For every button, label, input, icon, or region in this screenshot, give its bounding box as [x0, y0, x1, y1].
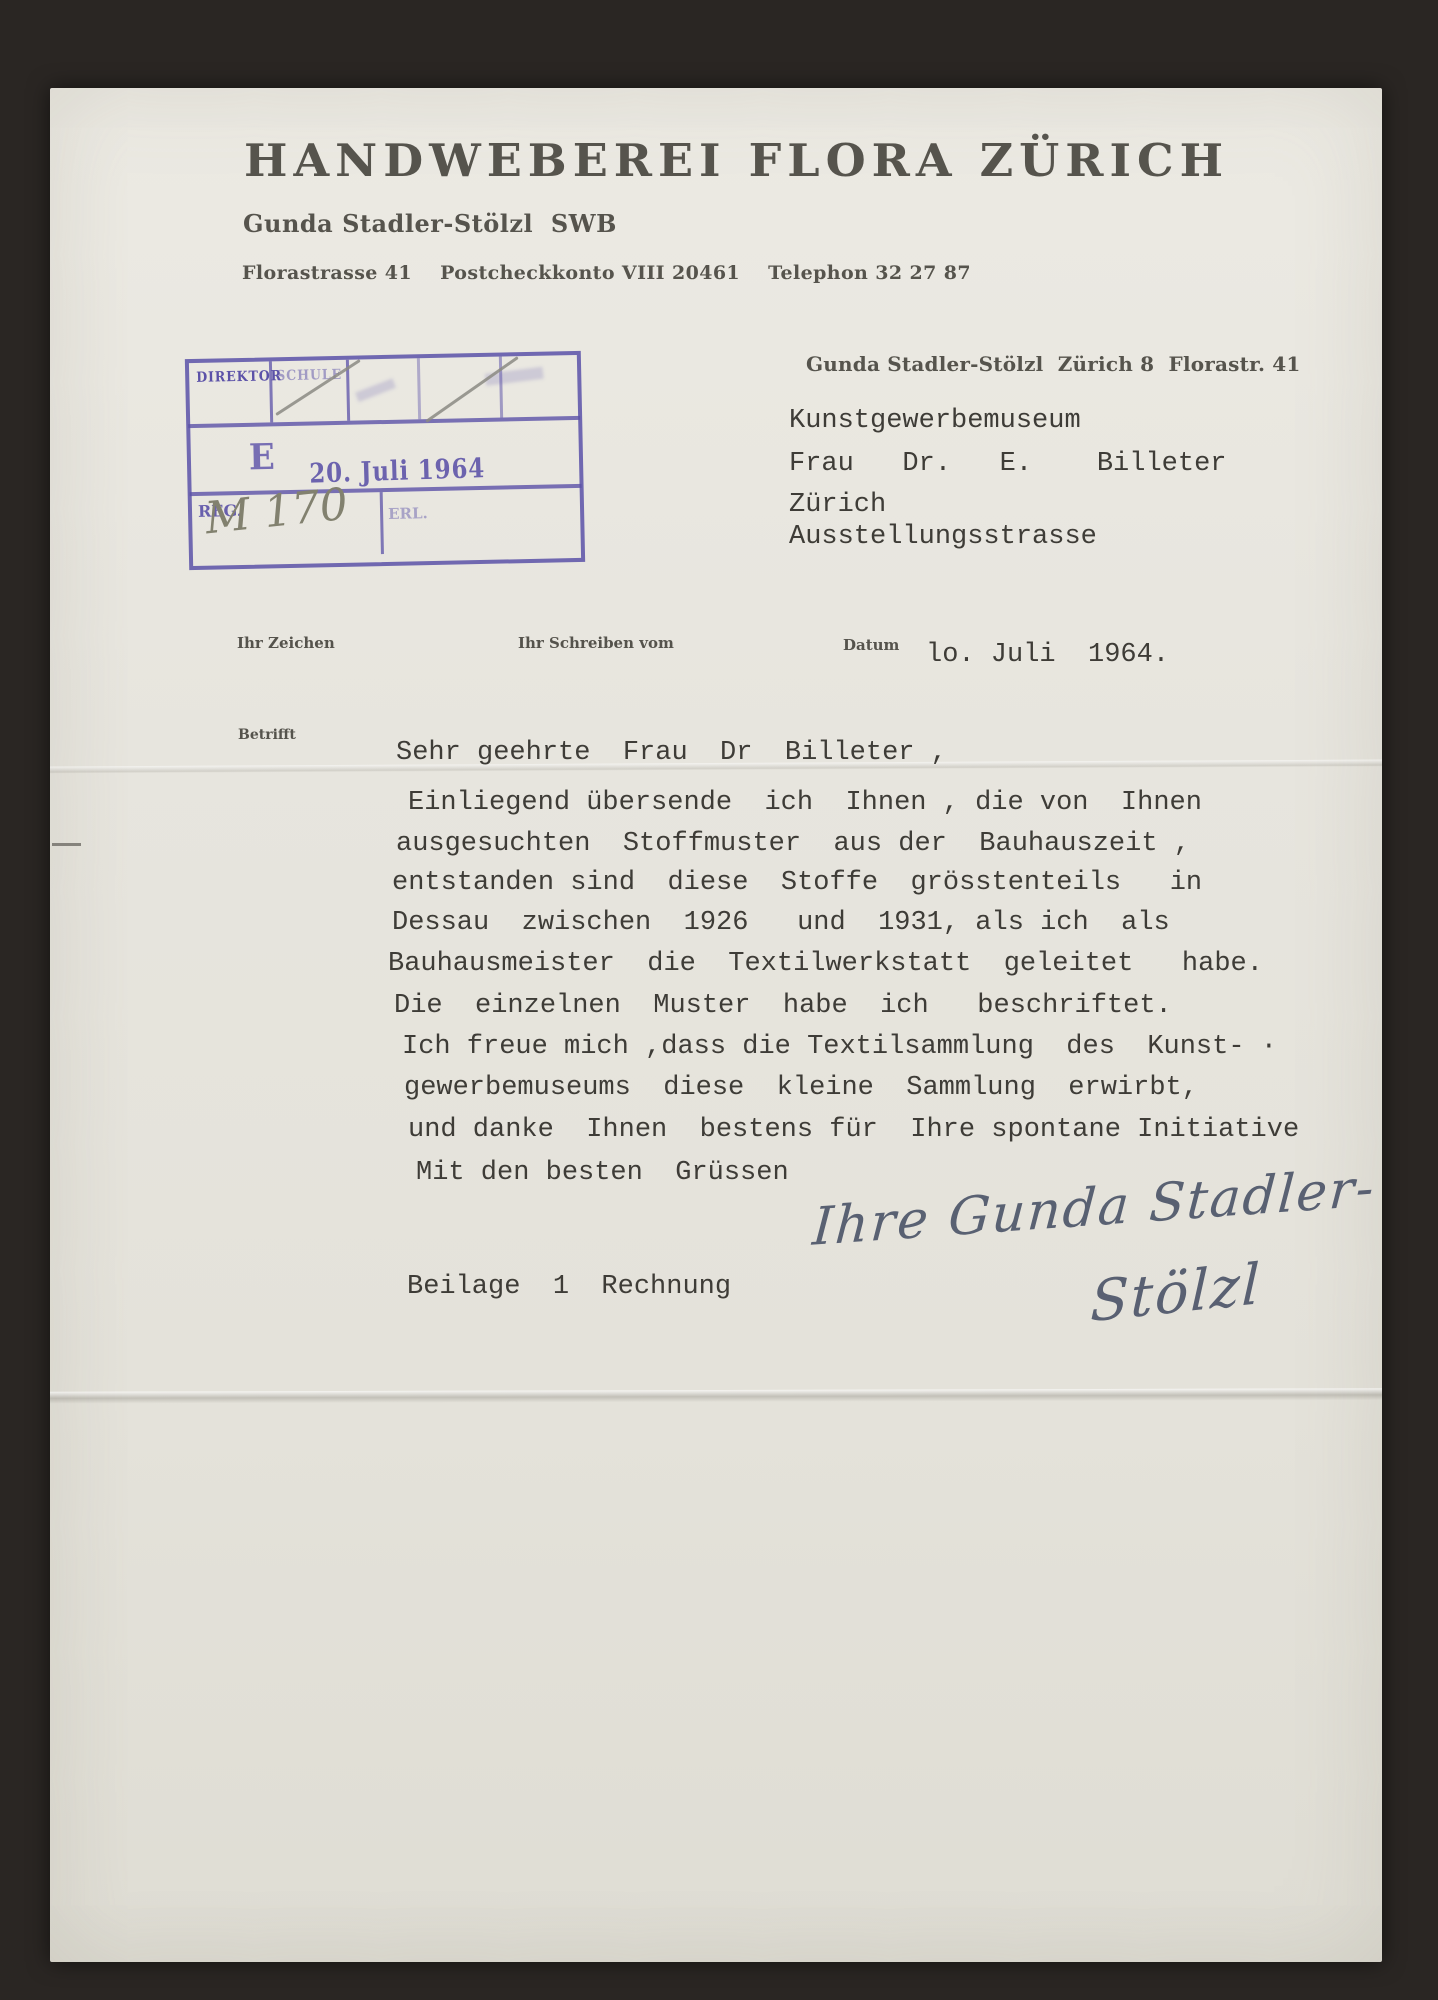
- recipient-line: Ausstellungsstrasse: [789, 522, 1097, 553]
- letter-date: lo. Juli 1964.: [926, 640, 1169, 671]
- enclosure-note: Beilage 1 Rechnung: [407, 1272, 731, 1303]
- stamp-faded-text-smudge: [355, 378, 396, 402]
- label-ihr-schreiben-vom: Ihr Schreiben vom: [518, 634, 674, 652]
- recipient-line: Frau Dr. E. Billeter: [789, 449, 1226, 480]
- stamp-cell-direktor: DIREKTOR: [196, 368, 282, 386]
- stamp-faded-text-smudge: [485, 367, 544, 386]
- body-line: Einliegend übersende ich Ihnen , die von…: [408, 788, 1202, 819]
- body-line: und danke Ihnen bestens für Ihre spontan…: [408, 1115, 1299, 1146]
- stamp-col-divider-5: [380, 492, 384, 554]
- recipient-line: Kunstgewerbemuseum: [789, 406, 1081, 437]
- body-line: Dessau zwischen 1926 und 1931, als ich a…: [392, 908, 1170, 939]
- fold-mark: [52, 843, 81, 846]
- sender-address-line: Gunda Stadler-Stölzl Zürich 8 Florastr. …: [806, 354, 1301, 374]
- body-line: Ich freue mich ,dass die Textilsammlung …: [402, 1032, 1277, 1063]
- letterhead-title: HANDWEBEREI FLORA ZÜRICH: [244, 138, 1229, 183]
- stamp-row-divider-1: [188, 416, 580, 428]
- body-line: Sehr geehrte Frau Dr Billeter ,: [396, 738, 947, 769]
- recipient-line: Zürich: [789, 490, 886, 521]
- label-ihr-zeichen: Ihr Zeichen: [237, 634, 335, 652]
- letterhead-owner: Gunda Stadler-Stölzl SWB: [243, 212, 617, 236]
- body-line: Bauhausmeister die Textilwerkstatt gelei…: [388, 949, 1263, 980]
- label-betrifft: Betrifft: [238, 727, 296, 743]
- body-line: entstanden sind diese Stoffe grösstentei…: [392, 868, 1202, 899]
- body-line: gewerbemuseums diese kleine Sammlung erw…: [404, 1073, 1198, 1104]
- letterhead-contact-line: Florastrasse 41 Postcheckkonto VIII 2046…: [242, 264, 971, 283]
- label-datum: Datum: [843, 636, 899, 654]
- body-line: ausgesuchten Stoffmuster aus der Bauhaus…: [396, 829, 1190, 860]
- scanned-letter: HANDWEBEREI FLORA ZÜRICH Gunda Stadler-S…: [0, 0, 1438, 2000]
- stamp-erl-label: ERL.: [388, 504, 428, 523]
- stamp-entry-mark: E: [248, 436, 275, 479]
- body-line: Die einzelnen Muster habe ich beschrifte…: [394, 991, 1172, 1022]
- stamp-col-divider-3: [417, 358, 421, 419]
- body-closing-line: Mit den besten Grüssen: [416, 1158, 789, 1189]
